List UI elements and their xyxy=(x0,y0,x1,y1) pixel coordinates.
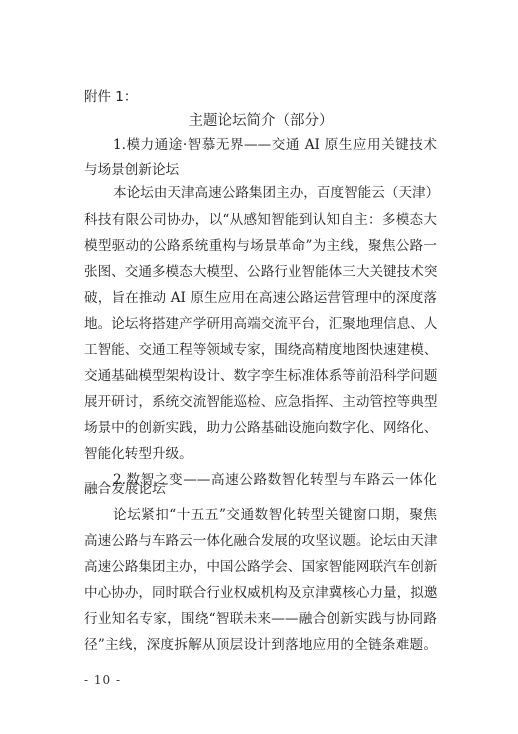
section-1-body-line: 地。论坛将搭建产学研用高端交流平台，汇聚地理信息、人 xyxy=(84,314,437,334)
attachment-label: 附件 1： xyxy=(84,87,137,107)
section-2-body-line: 径”主线，深度拆解从顶层设计到落地应用的全链条难题。 xyxy=(84,635,437,655)
section-2-body-line: 行业知名专家，围绕“智联未来——融合创新实践与协同路 xyxy=(84,609,437,629)
page-number: - 10 - xyxy=(84,670,121,690)
section-1-body-line: 智能化转型升级。 xyxy=(84,444,437,464)
section-2-body-line: 高速公路集团主办，中国公路学会、国家智能网联汽车创新 xyxy=(84,557,437,577)
section-1-heading-line-1: 1.模力通途·智慕无界——交通 AI 原生应用关键技术 xyxy=(113,135,437,155)
section-2-body-line: 高速公路与车路云一体化融合发展的攻坚议题。论坛由天津 xyxy=(84,531,437,551)
section-1-body-line: 展开研讨，系统交流智能巡检、应急指挥、主动管控等典型 xyxy=(84,392,437,412)
document-title: 主题论坛简介（部分） xyxy=(0,111,518,131)
section-1-body-line: 工智能、交通工程等领域专家，围绕高精度地图快速建模、 xyxy=(84,340,437,360)
section-1-heading-line-2: 与场景创新论坛 xyxy=(84,160,437,180)
section-1-body-line: 交通基础模型架构设计、数字孪生标准体系等前沿科学问题 xyxy=(84,366,437,386)
section-1-body-line: 破，旨在推动 AI 原生应用在高速公路运营管理中的深度落 xyxy=(84,288,437,308)
section-1-body-line: 场景中的创新实践，助力公路基础设施向数字化、网络化、 xyxy=(84,418,437,438)
section-2-body-line: 中心协办，同时联合行业权威机构及京津冀核心力量，拟邀 xyxy=(84,583,437,603)
section-2-heading-line-2: 融合发展论坛 xyxy=(84,479,437,499)
section-2-body-line: 论坛紧扣“十五五”交通数智化转型关键窗口期，聚焦 xyxy=(113,505,437,525)
section-1-body-line: 模型驱动的公路系统重构与场景革命”为主线，聚焦公路一 xyxy=(84,236,437,256)
section-1-body-line: 本论坛由天津高速公路集团主办，百度智能云（天津） xyxy=(113,183,437,203)
section-1-body-line: 张图、交通多模态大模型、公路行业智能体三大关键技术突 xyxy=(84,262,437,282)
section-1-body-line: 科技有限公司协办，以“从感知智能到认知自主：多模态大 xyxy=(84,210,437,230)
document-page: 附件 1： 主题论坛简介（部分） 1.模力通途·智慕无界——交通 AI 原生应用… xyxy=(0,0,518,734)
